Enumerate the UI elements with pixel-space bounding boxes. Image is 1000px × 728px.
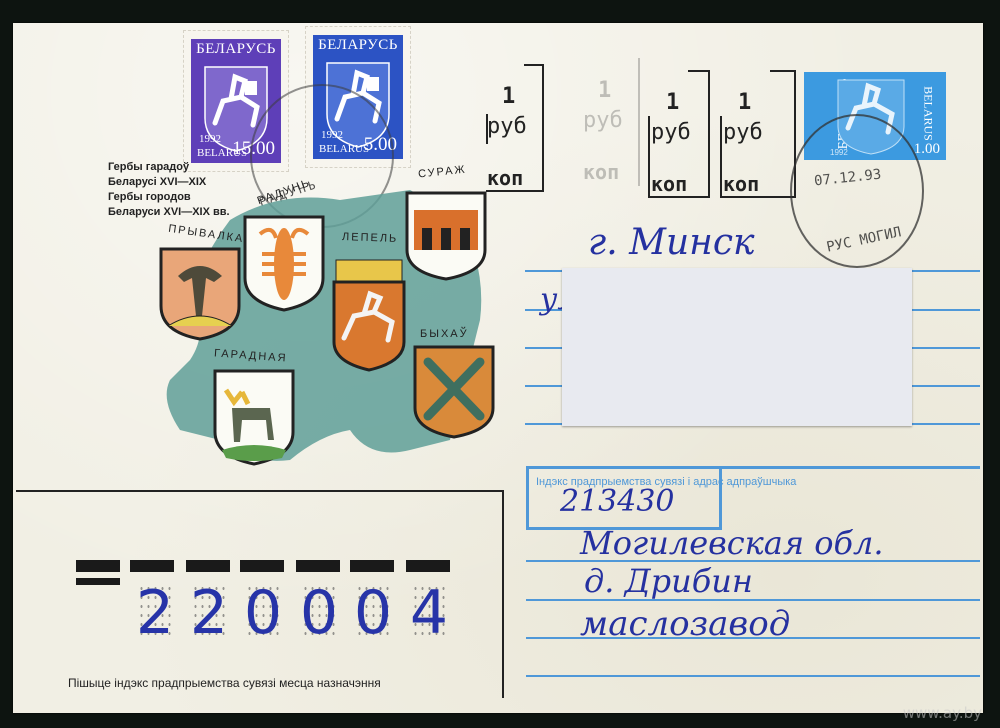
surcharge-3: 1 руб коп	[648, 70, 710, 198]
haradnaya-coat-of-arms-icon	[212, 368, 296, 468]
stamp-country-cyr: БЕЛАРУСЬ	[313, 37, 403, 54]
index-caption: Пішыце індэкс прадпрыемства сувязі месца…	[68, 676, 381, 690]
pryvalka-coat-of-arms-icon	[158, 246, 242, 342]
index-digit: 0	[242, 582, 284, 644]
index-digit: 2	[188, 582, 230, 644]
indicium-value: 1.00	[914, 141, 940, 158]
sender-village: д. Дрибин	[584, 562, 753, 600]
stamp-country-cyr: БЕЛАРУСЬ	[191, 41, 281, 58]
recipient-city: г. Минск	[588, 222, 755, 263]
lepel-coat-of-arms-icon	[330, 250, 408, 374]
index-digit: 4	[408, 582, 450, 644]
sender-organization: маслозавод	[580, 604, 790, 644]
surazh-coat-of-arms-icon	[404, 190, 488, 282]
watermark: www.ay.by	[903, 704, 982, 722]
surcharge-2-faded: 1 руб коп	[580, 58, 642, 186]
bykhaw-coat-of-arms-icon	[412, 344, 496, 440]
city-label-lepel: ЛЕПЕЛЬ	[342, 231, 399, 245]
postmark-right: 07.12.93 РУС МОГИЛ	[790, 114, 924, 268]
surcharge-1: 1 руб коп	[484, 64, 546, 192]
sender-index: 213430	[560, 484, 675, 519]
index-digit: 2	[134, 582, 176, 644]
index-digit: 0	[298, 582, 340, 644]
city-label-bykhaw: БЫХАЎ	[420, 328, 469, 340]
radun-coat-of-arms-icon	[242, 214, 326, 314]
surcharge-4: 1 руб коп	[720, 70, 782, 198]
address-cover-sticker	[562, 268, 912, 426]
sender-region: Могилевская обл.	[580, 524, 884, 562]
index-digit: 0	[352, 582, 394, 644]
